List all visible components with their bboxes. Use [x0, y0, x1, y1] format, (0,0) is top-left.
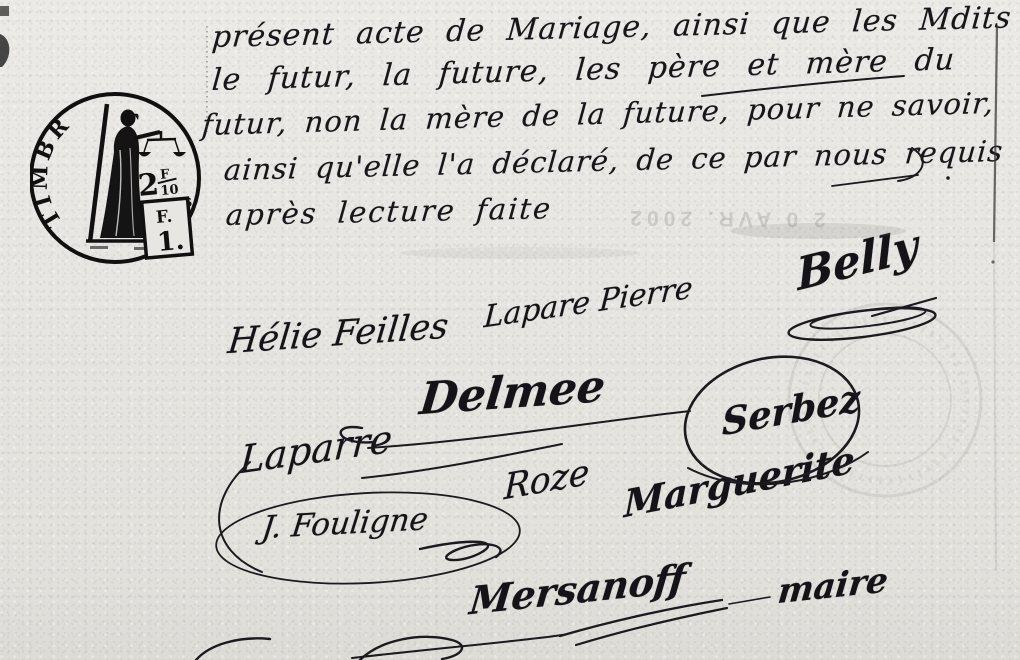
signature-maire: maire	[776, 560, 890, 612]
archive-date-stamp: 2 0 AVR. 2002	[598, 205, 853, 231]
signature-roze: Roze	[503, 453, 590, 509]
edge-smudge-corner	[0, 6, 9, 16]
smudge-band-2	[400, 247, 640, 259]
signature-helie-feilles: Hélie Feilles	[226, 306, 451, 362]
svg-text:F.: F.	[155, 207, 173, 228]
signature-j-fouligne: J. Fouligne	[260, 501, 430, 546]
signature-laparre: Laparre	[238, 416, 393, 482]
revenue-stamp: TIMBRE 2 F 10 EN SUS	[30, 90, 205, 268]
signature-belly: Belly	[795, 220, 919, 302]
signature-lapare-pierre: Lapare Pierre	[483, 270, 694, 335]
scanned-marriage-act-page: TIMBRE 2 F 10 EN SUS	[0, 0, 1020, 660]
handwritten-line-4: ainsi qu'elle l'a déclaré, de ce par nou…	[223, 134, 1005, 187]
svg-text:1.: 1.	[156, 226, 186, 258]
signature-serbez: Serbez	[722, 375, 860, 444]
edge-smudge-topleft	[0, 34, 9, 67]
stamp-denomination-tablet: F. 1.	[142, 198, 193, 259]
signature-marguerite: Marguerite	[624, 437, 855, 527]
signature-mersanoff: Mersanoff	[468, 555, 688, 623]
handwritten-line-5: après lecture faite	[225, 191, 554, 232]
signature-delmee: Delmee	[417, 361, 607, 425]
